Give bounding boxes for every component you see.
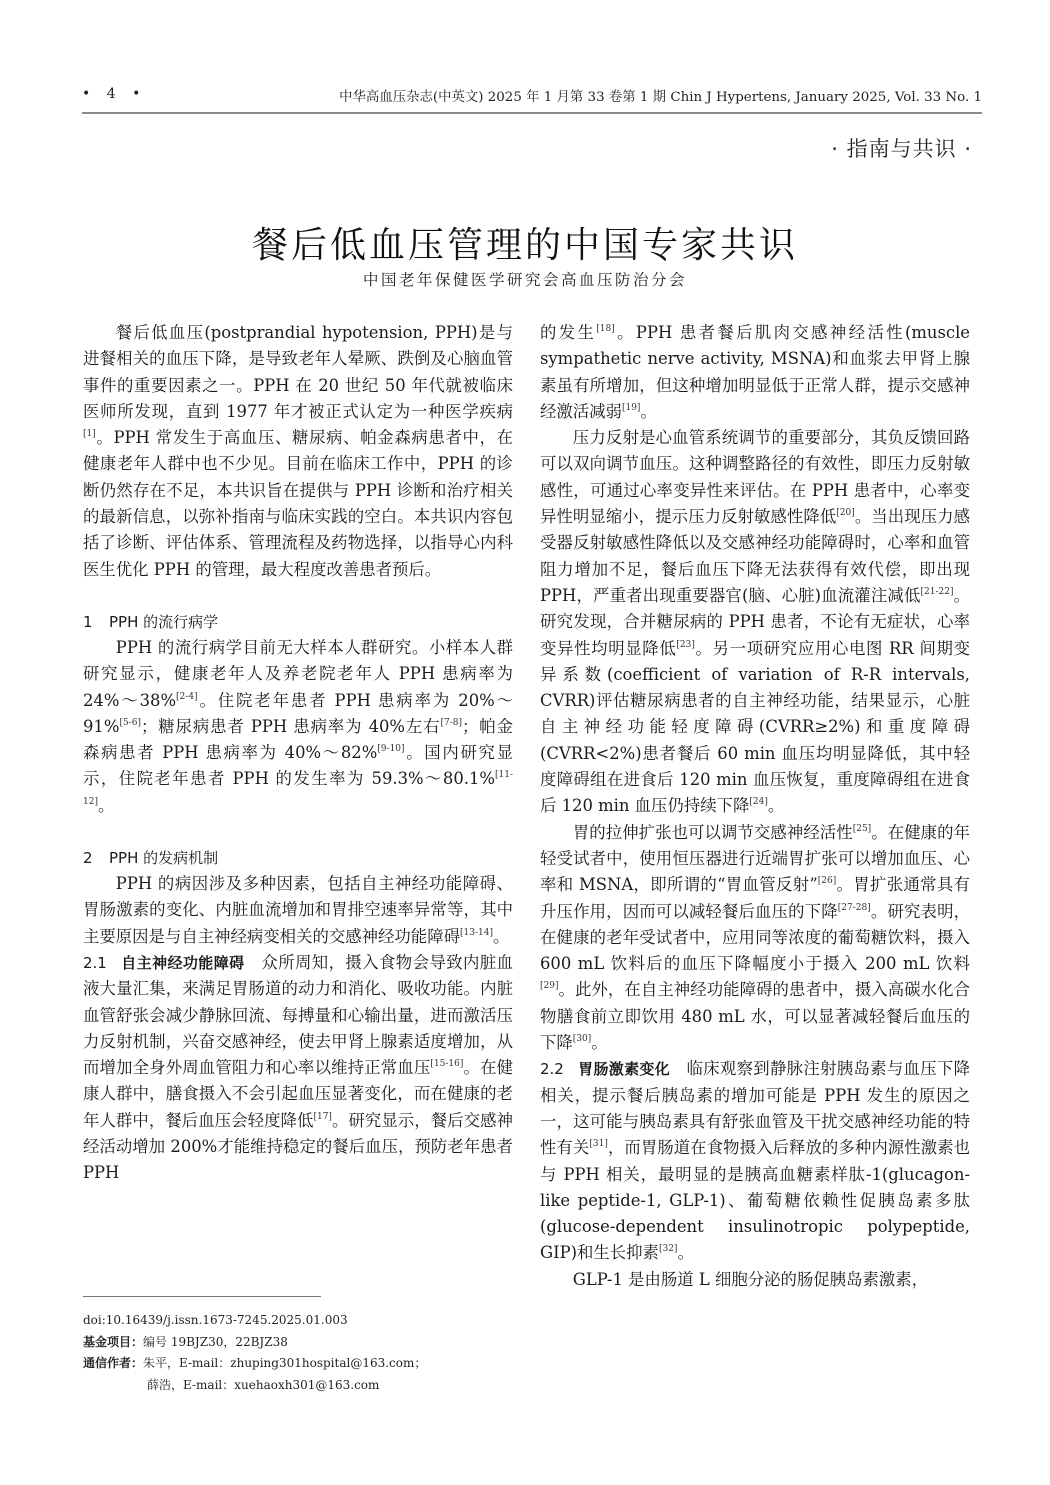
citation-ref[interactable]: [32] <box>659 1244 677 1254</box>
section-heading-2: 2PPH 的发病机制 <box>83 845 513 871</box>
article-title: 餐后低血压管理的中国专家共识 <box>0 217 1050 268</box>
citation-ref[interactable]: [23] <box>676 640 694 650</box>
right-column: 的发生[18]。PPH 患者餐后肌肉交感神经活性(muscle sympathe… <box>540 320 970 1293</box>
citation-ref[interactable]: [26] <box>818 876 836 886</box>
citation-ref[interactable]: [24] <box>749 797 767 807</box>
left-column: 餐后低血压(postprandial hypotension, PPH)是与进餐… <box>83 320 513 1187</box>
section-2-1-paragraph: 2.1自主神经功能障碍 众所周知，摄入食物会导致内脏血液大量汇集，来满足胃肠道的… <box>83 950 513 1187</box>
citation-ref[interactable]: [30] <box>573 1034 591 1044</box>
citation-ref[interactable]: [21-22] <box>921 587 954 597</box>
article-authors: 中国老年保健医学研究会高血压防治分会 <box>0 268 1050 290</box>
running-header: • 4 • 中华高血压杂志(中英文) 2025 年 1 月第 33 卷第 1 期… <box>82 86 982 110</box>
citation-ref[interactable]: [17] <box>313 1112 331 1122</box>
footnotes: doi:10.16439/j.issn.1673-7245.2025.01.00… <box>83 1310 523 1396</box>
citation-ref[interactable]: [7-8] <box>441 718 463 728</box>
section-1-paragraph: PPH 的流行病学目前无大样本人群研究。小样本人群研究显示，健康老年人及养老院老… <box>83 635 513 819</box>
doi[interactable]: doi:10.16439/j.issn.1673-7245.2025.01.00… <box>83 1310 523 1332</box>
paragraph: 的发生[18]。PPH 患者餐后肌肉交感神经活性(muscle sympathe… <box>540 320 970 425</box>
citation-ref[interactable]: [25] <box>853 824 871 834</box>
subsection-heading-2-1: 2.1自主神经功能障碍 <box>83 954 245 972</box>
corresponding-author-2[interactable]: 薛浩，E-mail：xuehaoxh301@163.com <box>83 1375 523 1397</box>
citation-ref[interactable]: [31] <box>589 1139 607 1149</box>
citation-ref[interactable]: [9-10] <box>377 744 404 754</box>
subsection-heading-2-2: 2.2胃肠激素变化 <box>540 1060 670 1078</box>
section-2-paragraph: PPH 的病因涉及多种因素，包括自主神经功能障碍、胃肠激素的变化、内脏血流增加和… <box>83 871 513 950</box>
header-divider <box>82 112 982 114</box>
citation-ref[interactable]: [18] <box>596 324 614 334</box>
paragraph: GLP-1 是由肠道 L 细胞分泌的肠促胰岛素激素， <box>540 1267 970 1293</box>
citation-ref[interactable]: [20] <box>836 508 854 518</box>
citation-ref[interactable]: [29] <box>540 981 558 991</box>
intro-paragraph: 餐后低血压(postprandial hypotension, PPH)是与进餐… <box>83 320 513 583</box>
citation-ref[interactable]: [15-16] <box>430 1059 463 1069</box>
paragraph: 胃的拉伸扩张也可以调节交感神经活性[25]。在健康的年轻受试者中，使用恒压器进行… <box>540 820 970 1057</box>
page-number: • 4 • <box>82 86 146 102</box>
section-heading-1: 1PPH 的流行病学 <box>83 609 513 635</box>
citation-ref[interactable]: [13-14] <box>460 928 493 938</box>
section-tag: · 指南与共识 · <box>831 133 972 163</box>
email-link[interactable]: 朱平，E-mail：zhuping301hospital@163.com； <box>143 1356 426 1370</box>
citation-ref[interactable]: [27-28] <box>838 903 871 913</box>
section-2-2-paragraph: 2.2胃肠激素变化 临床观察到静脉注射胰岛素与血压下降相关，提示餐后胰岛素的增加… <box>540 1056 970 1266</box>
citation-ref[interactable]: [5-6] <box>119 718 141 728</box>
corresponding-author: 通信作者：朱平，E-mail：zhuping301hospital@163.co… <box>83 1353 523 1375</box>
journal-citation: 中华高血压杂志(中英文) 2025 年 1 月第 33 卷第 1 期 Chin … <box>339 86 982 105</box>
citation-ref[interactable]: [19] <box>622 403 640 413</box>
citation-ref[interactable]: [1] <box>83 429 96 439</box>
citation-ref[interactable]: [2-4] <box>176 692 198 702</box>
footnote-divider <box>83 1296 321 1297</box>
paragraph: 压力反射是心血管系统调节的重要部分，其负反馈回路可以双向调节血压。这种调整路径的… <box>540 425 970 819</box>
fund-info: 基金项目：编号 19BJZ30，22BJZ38 <box>83 1332 523 1354</box>
